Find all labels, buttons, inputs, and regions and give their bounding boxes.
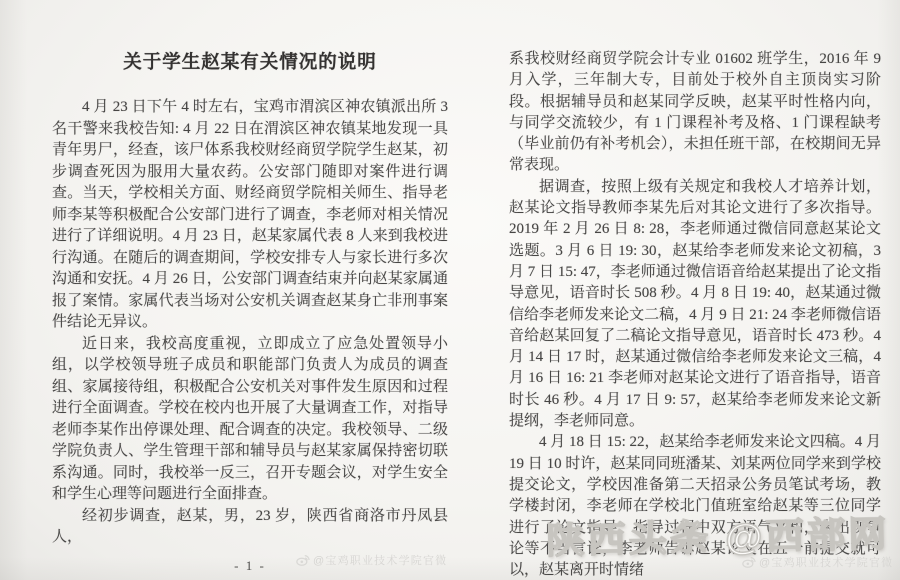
watermark-shanxi-toutiao: 陕西头条 @西部网 — [545, 506, 890, 564]
paragraph: 经初步调查，赵某，男，23 岁，陕西省商洛市丹凤县人， — [52, 506, 448, 549]
paragraph: 系我校财经商贸学院会计专业 01602 班学生，2016 年 9 月入学，三年制… — [509, 49, 881, 177]
document-photo: 关于学生赵某有关情况的说明 4 月 23 日下午 4 时左右，宝鸡市渭滨区神农镇… — [0, 0, 900, 580]
paragraph: 近日来，我校高度重视，立即成立了应急处置领导小组，以学校领导班子成员和职能部门负… — [52, 334, 448, 506]
weibo-icon — [296, 554, 310, 566]
paragraph: 4 月 23 日下午 4 时左右，宝鸡市渭滨区神农镇派出所 3 名干警来我校告知… — [52, 97, 448, 334]
watermark-school-weibo-label: @宝鸡职业技术学院官微 — [313, 552, 447, 568]
paragraph: 据调查，按照上级有关规定和我校人才培养计划，赵某论文指导教师李某先后对其论文进行… — [509, 177, 881, 433]
page-1: 关于学生赵某有关情况的说明 4 月 23 日下午 4 时左右，宝鸡市渭滨区神农镇… — [52, 50, 448, 574]
watermark-school-weibo: @宝鸡职业技术学院官微 — [296, 552, 447, 568]
page-2: 系我校财经商贸学院会计专业 01602 班学生，2016 年 9 月入学，三年制… — [509, 49, 881, 580]
page-title: 关于学生赵某有关情况的说明 — [52, 50, 448, 76]
